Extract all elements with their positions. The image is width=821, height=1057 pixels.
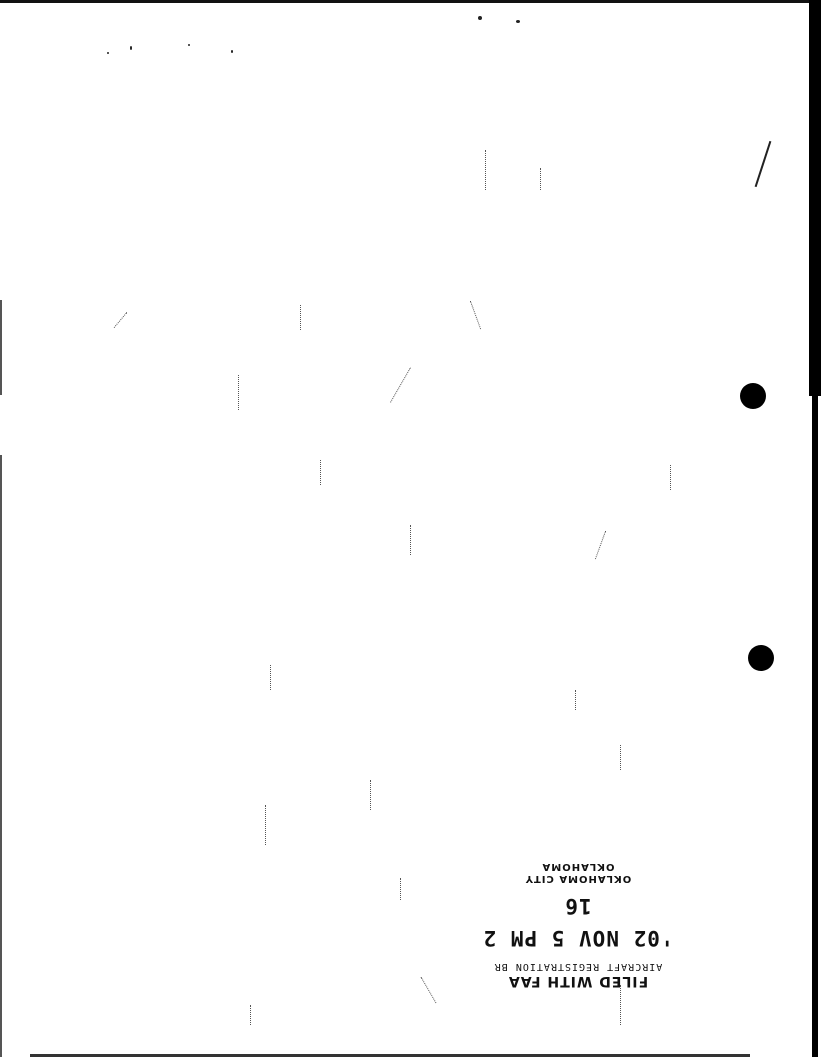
- scan-edge-right: [809, 0, 821, 396]
- faded-handwriting: [575, 690, 576, 710]
- faded-handwriting: [485, 150, 486, 190]
- hole-punch-icon: [740, 383, 766, 409]
- stamp-line-date: '02 NOV 5 PM 2 16: [478, 890, 678, 954]
- scan-edge-left-lower: [0, 455, 2, 1057]
- faded-handwriting: [270, 665, 271, 690]
- faded-handwriting: [470, 301, 481, 330]
- stamp-line-branch: AIRCRAFT REGISTRATION BR: [478, 960, 678, 973]
- scan-edge-right-lower: [812, 396, 818, 1057]
- faded-handwriting: [238, 375, 239, 410]
- ink-speck: [188, 44, 190, 46]
- faded-handwriting: [265, 805, 266, 845]
- faded-handwriting: [400, 878, 401, 900]
- faded-handwriting: [300, 305, 301, 330]
- faded-handwriting: [620, 985, 621, 1025]
- faded-handwriting: [410, 525, 411, 555]
- faded-handwriting: [320, 460, 321, 485]
- faded-handwriting: [114, 312, 128, 328]
- scan-edge-top: [0, 0, 821, 3]
- stamp-line-filed: FILED WITH FAA: [478, 973, 678, 989]
- faded-handwriting: [390, 367, 411, 402]
- stamp-line-state: OKLAHOMA: [478, 860, 678, 872]
- faded-handwriting: [620, 745, 621, 770]
- faded-handwriting: [421, 977, 437, 1003]
- signature-stroke: [755, 141, 772, 187]
- faded-handwriting: [540, 168, 541, 190]
- hole-punch-icon: [748, 645, 774, 671]
- ink-speck: [130, 46, 132, 50]
- ink-speck: [231, 50, 233, 53]
- faded-handwriting: [250, 1005, 251, 1025]
- scan-edge-left: [0, 300, 2, 395]
- faded-handwriting: [670, 465, 671, 490]
- scanned-document-page: FILED WITH FAA AIRCRAFT REGISTRATION BR …: [0, 0, 821, 1057]
- faa-filing-stamp: FILED WITH FAA AIRCRAFT REGISTRATION BR …: [478, 860, 678, 989]
- ink-speck: [478, 16, 482, 20]
- ink-speck: [107, 52, 109, 54]
- faded-handwriting: [595, 531, 606, 560]
- ink-speck: [516, 20, 520, 23]
- faded-handwriting: [370, 780, 371, 810]
- stamp-line-city: OKLAHOMA CITY: [478, 872, 678, 884]
